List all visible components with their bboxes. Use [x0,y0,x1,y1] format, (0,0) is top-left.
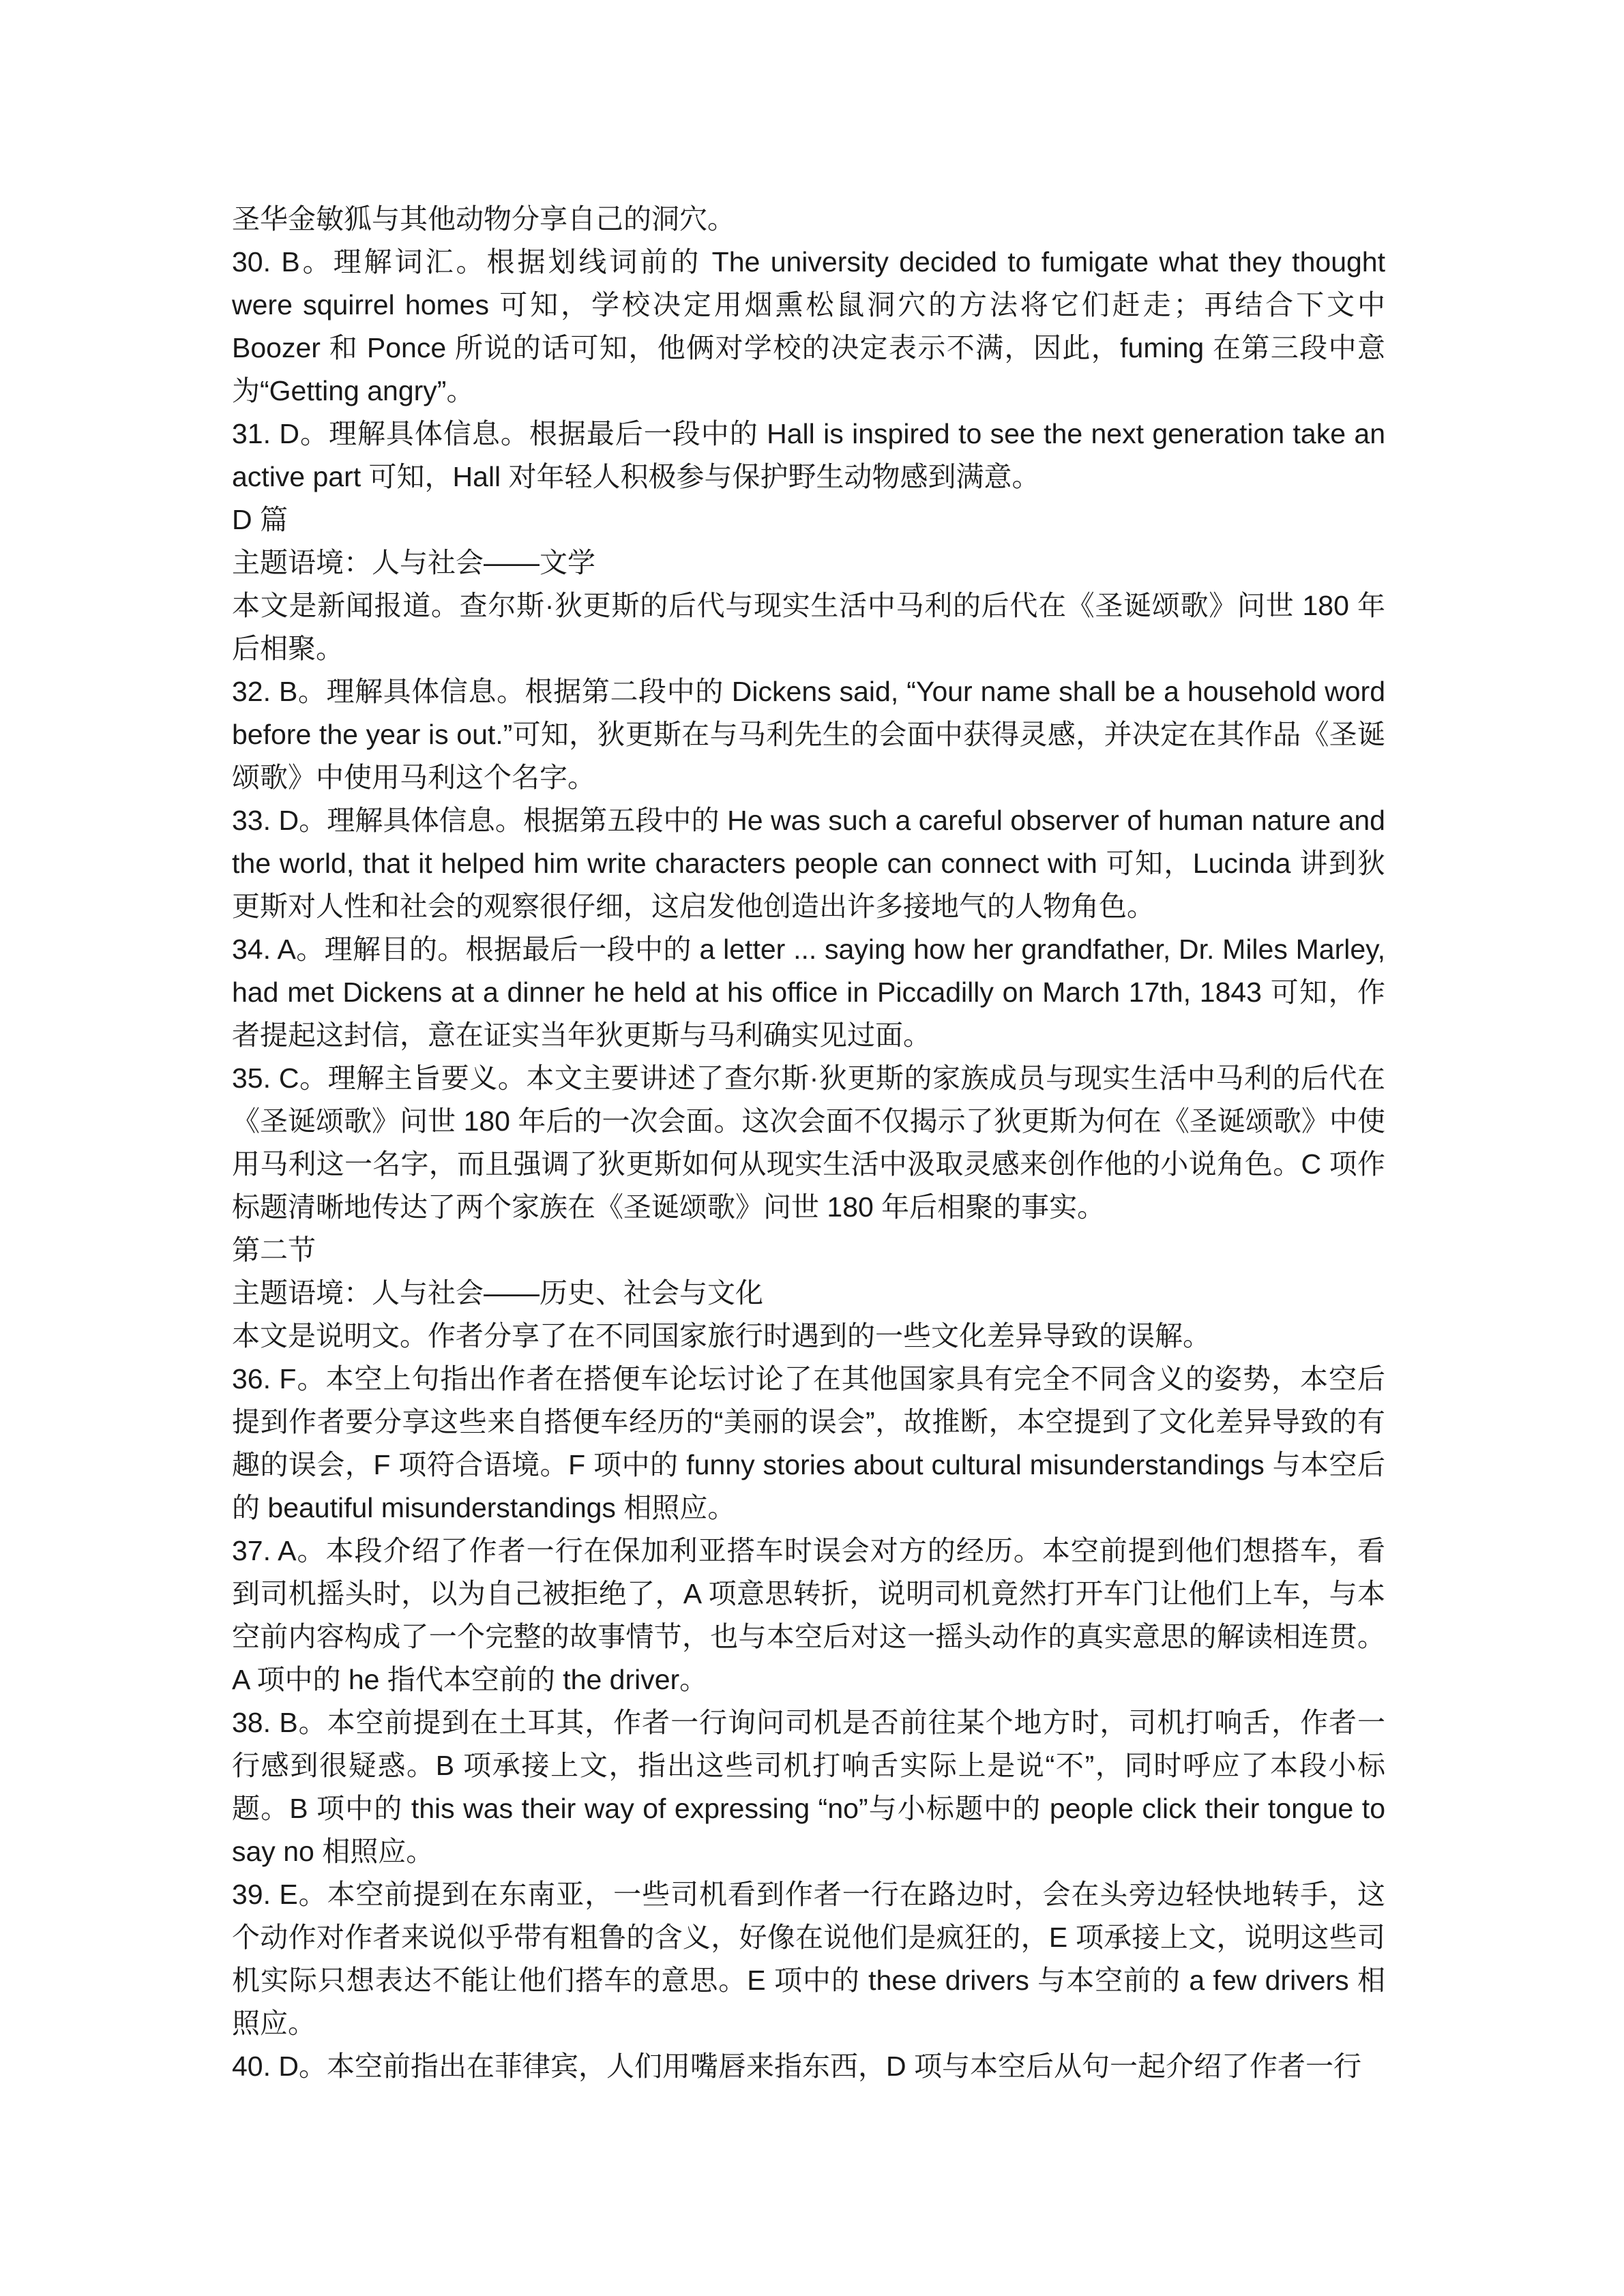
answer-31: 31. D。理解具体信息。根据最后一段中的 Hall is inspired t… [232,413,1385,498]
answer-32: 32. B。理解具体信息。根据第二段中的 Dickens said, “Your… [232,670,1385,799]
answer-34: 34. A。理解目的。根据最后一段中的 a letter ... saying … [232,928,1385,1057]
answer-37: 37. A。本段介绍了作者一行在保加利亚搭车时误会对方的经历。本空前提到他们想搭… [232,1530,1385,1701]
section-d-heading: D 篇 [232,498,1385,541]
passage-summary-d: 本文是新闻报道。查尔斯·狄更斯的后代与现实生活中马利的后代在《圣诞颂歌》问世 1… [232,584,1385,670]
answer-40: 40. D。本空前指出在菲律宾，人们用嘴唇来指东西，D 项与本空后从句一起介绍了… [232,2045,1385,2088]
answer-30: 30. B。理解词汇。根据划线词前的 The university decide… [232,241,1385,413]
answer-38: 38. B。本空前提到在土耳其，作者一行询问司机是否前往某个地方时，司机打响舌，… [232,1701,1385,1873]
theme-context-section2: 主题语境：人与社会——历史、社会与文化 [232,1272,1385,1315]
answer-33: 33. D。理解具体信息。根据第五段中的 He was such a caref… [232,799,1385,928]
document-page: 圣华金敏狐与其他动物分享自己的洞穴。 30. B。理解词汇。根据划线词前的 Th… [0,0,1624,2296]
answer-39: 39. E。本空前提到在东南亚，一些司机看到作者一行在路边时，会在头旁边轻快地转… [232,1873,1385,2045]
passage-summary-section2: 本文是说明文。作者分享了在不同国家旅行时遇到的一些文化差异导致的误解。 [232,1315,1385,1358]
answer-36: 36. F。本空上句指出作者在搭便车论坛讨论了在其他国家具有完全不同含义的姿势，… [232,1358,1385,1530]
section-2-heading: 第二节 [232,1229,1385,1272]
answer-continuation: 圣华金敏狐与其他动物分享自己的洞穴。 [232,198,1385,241]
theme-context-d: 主题语境：人与社会——文学 [232,541,1385,584]
answer-35: 35. C。理解主旨要义。本文主要讲述了查尔斯·狄更斯的家族成员与现实生活中马利… [232,1057,1385,1229]
